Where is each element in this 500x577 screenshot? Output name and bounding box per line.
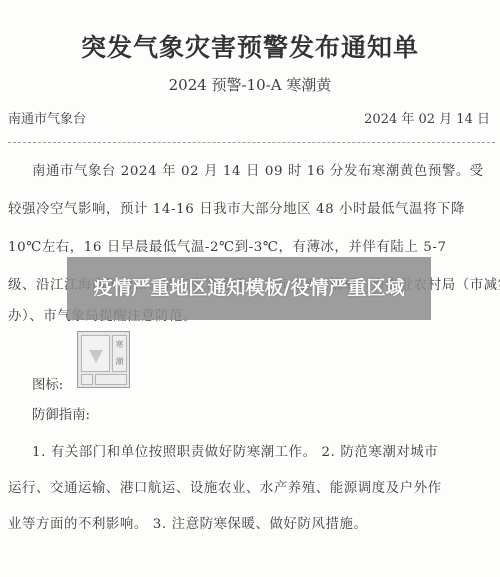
warning-icon-main-panel (81, 335, 110, 372)
overlay-title: 疫情严重地区通知模板/役情严重区域 (88, 276, 411, 301)
dashed-divider (8, 142, 495, 143)
body-line: 较强冷空气影响，预计 14-16 日我市大部分地区 48 小时最低气温将下降 (8, 198, 465, 217)
warning-icon-bottom-right (95, 374, 127, 385)
warning-icon-side-panel: 寒 潮 (112, 335, 127, 372)
cold-wave-warning-icon: 寒 潮 (77, 331, 130, 388)
document-number: 2024 预警-10-A 寒潮黄 (0, 74, 500, 95)
guide-line: 1. 有关部门和单位按照职责做好防寒潮工作。 2. 防范寒潮对城市 (32, 441, 438, 460)
issue-date: 2024 年 02 月 14 日 (364, 108, 490, 127)
warning-triangle-icon (89, 350, 103, 363)
guide-line: 运行、交通运输、港口航运、设施农业、水产养殖、能源调度及户外作 (8, 477, 442, 496)
issuer: 南通市气象台 (8, 108, 86, 127)
body-line: 南通市气象台 2024 年 02 月 14 日 09 时 16 分发布寒潮黄色预… (32, 160, 484, 179)
guide-line: 业等方面的不利影响。 3. 注意防寒保暖、做好防风措施。 (8, 513, 367, 532)
document-title: 突发气象灾害预警发布通知单 (0, 28, 500, 64)
warning-icon-char: 寒 (113, 336, 126, 353)
title-overlay-banner: 疫情严重地区通知模板/役情严重区域 (67, 257, 431, 320)
defense-guide-label: 防御指南: (32, 404, 90, 423)
warning-icon-bottom-left (81, 374, 93, 385)
icon-label: 图标: (32, 374, 63, 393)
body-line: 10℃左右，16 日早晨最低气温-2℃到-3℃，有薄冰，并伴有陆上 5-7 (8, 236, 447, 255)
warning-icon-char: 潮 (113, 353, 126, 370)
